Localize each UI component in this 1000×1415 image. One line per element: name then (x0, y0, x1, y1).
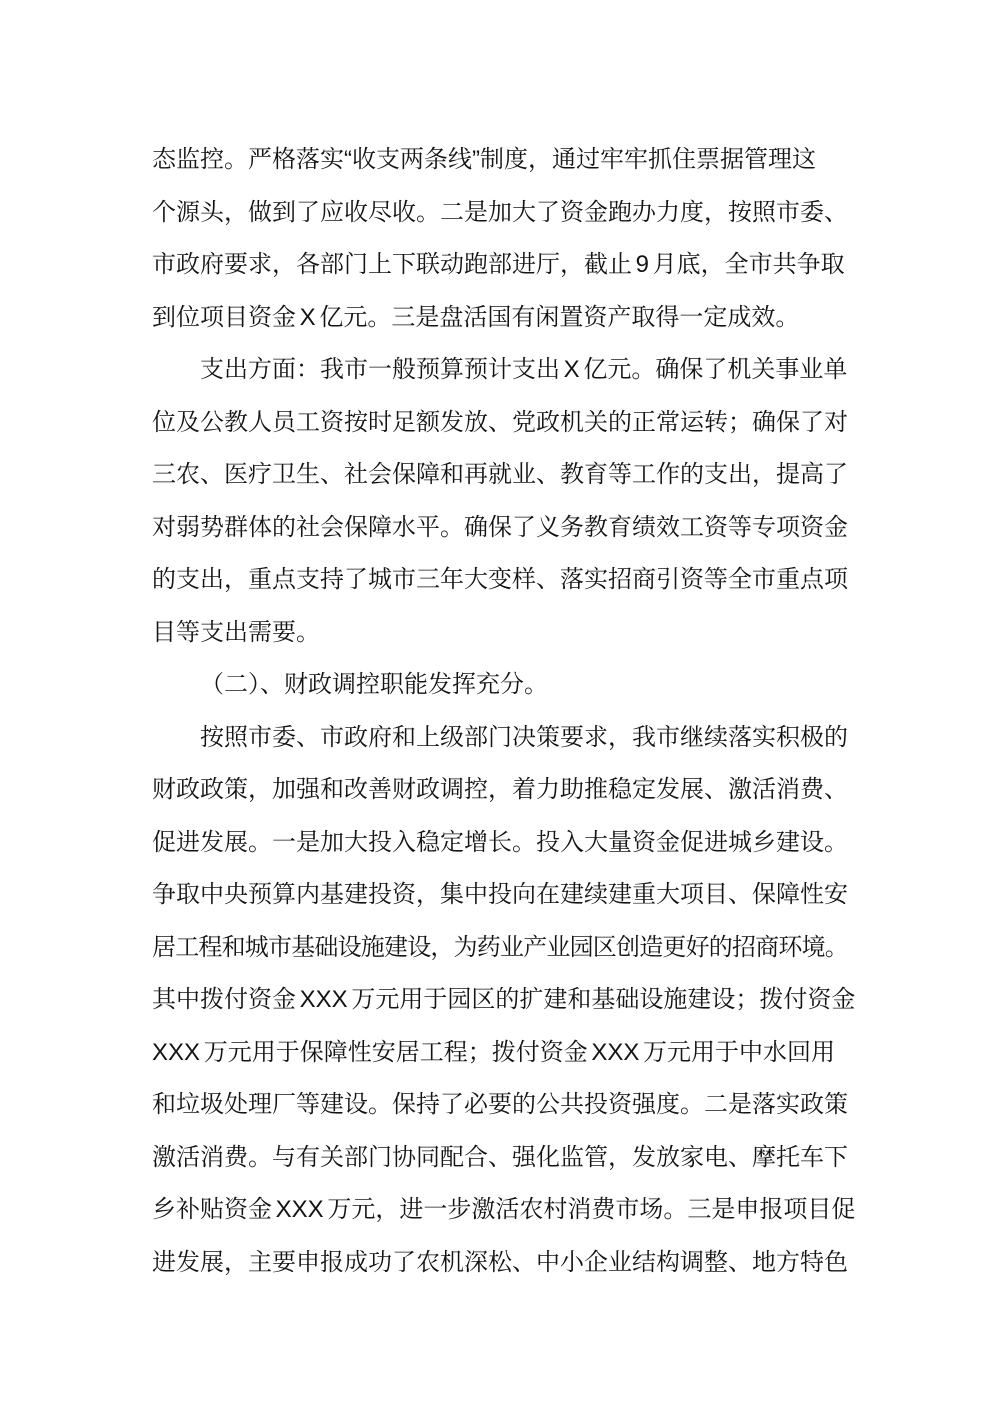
text-line: 居工程和城市基础设施建设，为药业产业园区创造更好的招商环境。 (152, 922, 1000, 975)
paragraph: 态监控。严格落实“收支两条线”制度，通过牢牢抓住票据管理这 个源头，做到了应收尽… (152, 134, 1000, 344)
text-line: 位及公教人员工资按时足额发放、党政机关的正常运转；确保了对 (152, 397, 1000, 450)
text-line: 目等支出需要。 (152, 607, 1000, 660)
text-line: 激活消费。与有关部门协同配合、强化监管，发放家电、摩托车下 (152, 1132, 1000, 1185)
text-line: 三农、医疗卫生、社会保障和再就业、教育等工作的支出，提高了 (152, 449, 1000, 502)
section-heading: （二）、财政调控职能发挥充分。 (152, 659, 1000, 712)
text-line: 进发展，主要申报成功了农机深松、中小企业结构调整、地方特色 (152, 1237, 1000, 1290)
text-line: 态监控。严格落实“收支两条线”制度，通过牢牢抓住票据管理这 (152, 134, 1000, 187)
paragraph: 按照市委、市政府和上级部门决策要求，我市继续落实积极的 财政政策，加强和改善财政… (152, 712, 1000, 1290)
document-page: 态监控。严格落实“收支两条线”制度，通过牢牢抓住票据管理这 个源头，做到了应收尽… (0, 0, 1000, 1415)
paragraph: 支出方面：我市一般预算预计支出 X 亿元。确保了机关事业单 位及公教人员工资按时… (152, 344, 1000, 659)
text-line: 乡补贴资金 XXX 万元，进一步激活农村消费市场。三是申报项目促 (152, 1184, 1000, 1237)
text-line: 市政府要求，各部门上下联动跑部进厅，截止 9 月底，全市共争取 (152, 239, 1000, 292)
text-line: 到位项目资金 X 亿元。三是盘活国有闲置资产取得一定成效。 (152, 292, 1000, 345)
text-line: 支出方面：我市一般预算预计支出 X 亿元。确保了机关事业单 (152, 344, 1000, 397)
text-line: 个源头，做到了应收尽收。二是加大了资金跑办力度，按照市委、 (152, 187, 1000, 240)
text-line: 促进发展。一是加大投入稳定增长。投入大量资金促进城乡建设。 (152, 817, 1000, 870)
paragraph-heading: （二）、财政调控职能发挥充分。 (152, 659, 1000, 712)
text-line: XXX 万元用于保障性安居工程；拨付资金 XXX 万元用于中水回用 (152, 1027, 1000, 1080)
text-line: 对弱势群体的社会保障水平。确保了义务教育绩效工资等专项资金 (152, 502, 1000, 555)
text-line: 按照市委、市政府和上级部门决策要求，我市继续落实积极的 (152, 712, 1000, 765)
text-line: 和垃圾处理厂等建设。保持了必要的公共投资强度。二是落实政策 (152, 1079, 1000, 1132)
text-line: 其中拨付资金 XXX 万元用于园区的扩建和基础设施建设；拨付资金 (152, 974, 1000, 1027)
text-line: 的支出，重点支持了城市三年大变样、落实招商引资等全市重点项 (152, 554, 1000, 607)
text-line: 争取中央预算内基建投资，集中投向在建续建重大项目、保障性安 (152, 869, 1000, 922)
text-line: 财政政策，加强和改善财政调控，着力助推稳定发展、激活消费、 (152, 764, 1000, 817)
